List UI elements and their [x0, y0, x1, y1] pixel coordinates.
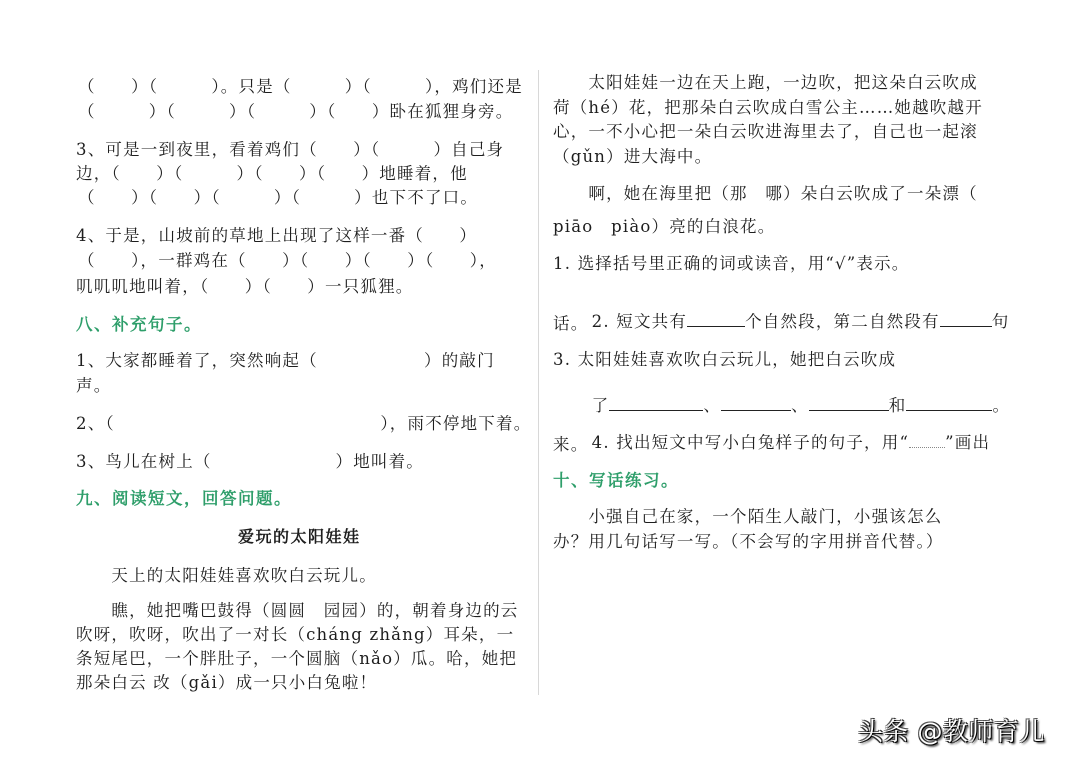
story-title: 爱玩的太阳娃娃: [238, 526, 361, 548]
column-divider: [538, 70, 539, 695]
question-4-line: 叽叽叽地叫着，（ ）（ ）一只狐狸。: [76, 276, 414, 298]
watermark: 头条 @教师育儿: [858, 712, 1045, 748]
question-4: 4. 找出短文中写小白兔样子的句子，用“”画出: [553, 410, 990, 476]
story-paragraph-3-line: 太阳娃娃一边在天上跑，一边吹，把这朵白云吹成: [553, 72, 978, 94]
question-2: 2. 短文共有个自然段，第二自然段有句: [553, 289, 1009, 355]
story-paragraph-1: 天上的太阳娃娃喜欢吹白云玩儿。: [76, 565, 377, 587]
question-2-line2: 话。: [553, 313, 588, 335]
answer-blank[interactable]: [609, 396, 703, 411]
question-3-line: 边，（ ）（ ）（ ）（ ）地睡着，他: [76, 163, 468, 185]
question-4-line: （ ），一群鸡在（ ）（ ）（ ）（ ），: [78, 250, 497, 272]
question-4-line: 4、于是，山坡前的草地上出现了这样一番（ ）: [76, 225, 477, 247]
story-paragraph-3-line: 荷（hé）花，把那朵白云吹成白雪公主……她越吹越开: [553, 97, 983, 119]
question-3-line: 3、可是一到夜里，看着鸡们（ ）（ ）自己身: [76, 139, 504, 161]
story-paragraph-3-line: 心，一不小心把一朵白云吹进海里去了，自己也一起滚: [553, 121, 978, 143]
answer-blank[interactable]: [940, 312, 992, 327]
question-1: 1. 选择括号里正确的词或读音，用“√”表示。: [553, 253, 909, 275]
story-paragraph-2-line: 条短尾巴，一个胖肚子，一个圆脑（nǎo）瓜。哈，她把: [76, 648, 517, 670]
question-2-text: 句: [992, 312, 1010, 331]
answer-blank[interactable]: [721, 396, 791, 411]
question-4-line2: 来。: [553, 434, 588, 456]
story-paragraph-3-line: （gǔn）进大海中。: [553, 146, 712, 168]
section-8-item: 2、（ ），雨不停地下着。: [76, 413, 531, 435]
section-8-item: 3、鸟儿在树上（ ）地叫着。: [76, 451, 424, 473]
question-4-text: ”画出: [945, 433, 990, 452]
section-8-item: 1、大家都睡着了，突然响起（ ）的敲门: [76, 350, 495, 372]
question-3: 3. 太阳娃娃喜欢吹白云玩儿，她把白云吹成: [553, 349, 896, 371]
section-8-item: 声。: [76, 375, 111, 397]
answer-blank[interactable]: [687, 312, 745, 327]
writing-prompt-line: 办？用几句话写一写。（不会写的字用拼音代替。）: [553, 531, 944, 553]
story-paragraph-2-line: 那朵白云 改（gǎi）成一只小白兔啦！: [76, 672, 377, 694]
worksheet-page: （ ）（ ）。只是（ ）（ ），鸡们还是 （ ）（ ）（ ）（ ）卧在狐狸身旁。…: [0, 0, 1080, 764]
story-paragraph-4-line: 啊，她在海里把（那 哪）朵白云吹成了一朵漂（: [553, 183, 978, 205]
answer-blank[interactable]: [809, 396, 889, 411]
question-2-text: 2. 短文共有: [592, 312, 687, 331]
answer-blank[interactable]: [906, 396, 992, 411]
period: 。: [992, 396, 1010, 415]
section-8-heading: 八、补充句子。: [76, 314, 202, 336]
section-10-heading: 十、写话练习。: [553, 470, 679, 492]
story-paragraph-2-line: 瞧，她把嘴巴鼓得（圆圆 园园）的，朝着身边的云: [76, 600, 519, 622]
question-3-line: （ ）（ ）（ ）（ ）也下不了口。: [78, 187, 478, 209]
story-paragraph-2-line: 吹呀，吹呀，吹出了一对长（cháng zhǎng）耳朵，一: [76, 624, 514, 646]
question-2-text: 个自然段，第二自然段有: [745, 312, 940, 331]
writing-prompt-line: 小强自己在家，一个陌生人敲门，小强该怎么: [553, 506, 942, 528]
question-4-text: 4. 找出短文中写小白兔样子的句子，用“: [592, 433, 909, 452]
text-line: （ ）（ ）（ ）（ ）卧在狐狸身旁。: [78, 101, 513, 123]
wavy-underline-sample: [909, 435, 945, 448]
story-paragraph-4-line: piāo piào）亮的白浪花。: [553, 216, 775, 238]
text-line: （ ）（ ）。只是（ ）（ ），鸡们还是: [78, 76, 523, 98]
section-9-heading: 九、阅读短文，回答问题。: [76, 488, 292, 510]
